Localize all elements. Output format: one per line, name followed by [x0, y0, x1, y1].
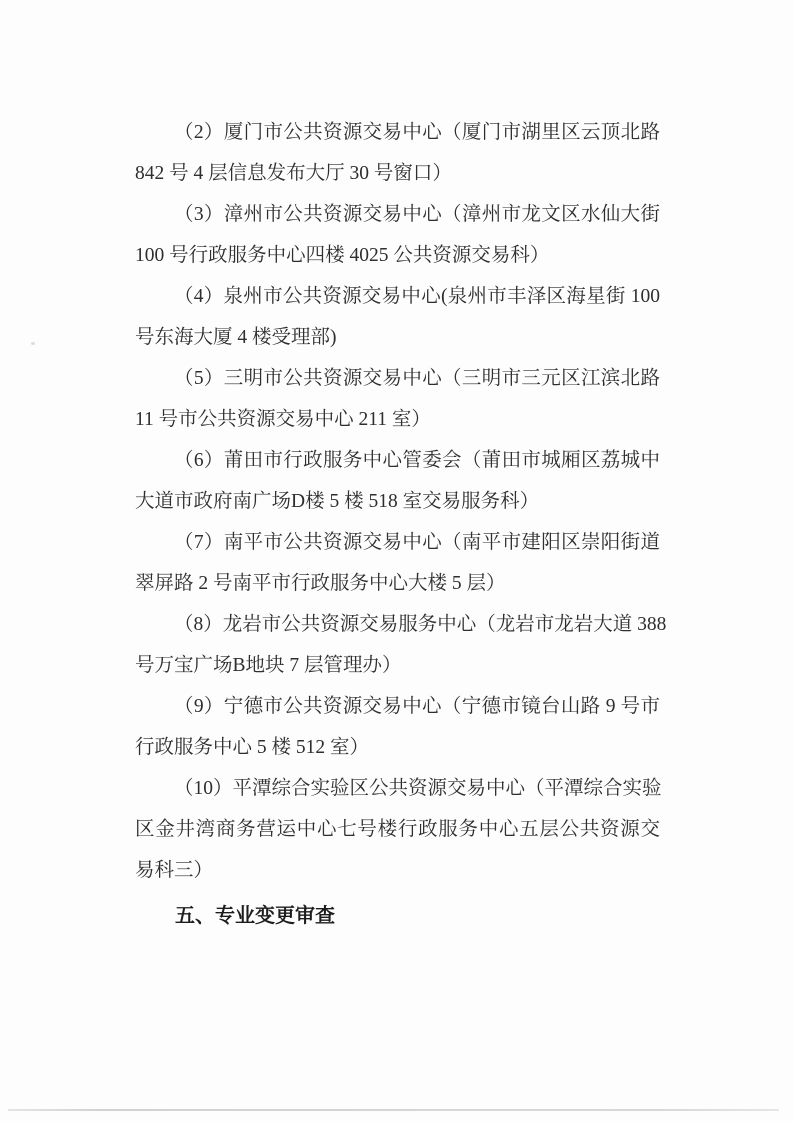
list-item-6: （6）莆田市行政服务中心管委会（莆田市城厢区荔城中 大道市政府南广场D楼 5 楼…: [135, 440, 660, 522]
list-item-7: （7）南平市公共资源交易中心（南平市建阳区崇阳街道 翠屏路 2 号南平市行政服务…: [135, 522, 660, 604]
paragraph-line: （9）宁德市公共资源交易中心（宁德市镜台山路 9 号市: [135, 686, 660, 727]
list-item-4: （4）泉州市公共资源交易中心(泉州市丰泽区海星街 100 号东海大厦 4 楼受理…: [135, 276, 660, 358]
paragraph-line: （3）漳州市公共资源交易中心（漳州市龙文区水仙大街: [135, 194, 660, 235]
list-item-9: （9）宁德市公共资源交易中心（宁德市镜台山路 9 号市 行政服务中心 5 楼 5…: [135, 686, 660, 768]
paragraph-line: （2）厦门市公共资源交易中心（厦门市湖里区云顶北路: [135, 112, 660, 153]
paragraph-line: 号万宝广场B地块 7 层管理办）: [135, 645, 660, 686]
paragraph-line: （4）泉州市公共资源交易中心(泉州市丰泽区海星街 100: [135, 276, 660, 317]
paragraph-line: 区金井湾商务营运中心七号楼行政服务中心五层公共资源交: [135, 809, 660, 850]
paragraph-line: 11 号市公共资源交易中心 211 室）: [135, 399, 660, 440]
document-body: （2）厦门市公共资源交易中心（厦门市湖里区云顶北路 842 号 4 层信息发布大…: [135, 112, 660, 937]
list-item-8: （8）龙岩市公共资源交易服务中心（龙岩市龙岩大道 388 号万宝广场B地块 7 …: [135, 604, 660, 686]
paragraph-line: （5）三明市公共资源交易中心（三明市三元区江滨北路: [135, 358, 660, 399]
paragraph-line: 行政服务中心 5 楼 512 室）: [135, 727, 660, 768]
paragraph-line: 大道市政府南广场D楼 5 楼 518 室交易服务科）: [135, 481, 660, 522]
paragraph-line: 100 号行政服务中心四楼 4025 公共资源交易科）: [135, 235, 660, 276]
section-heading: 五、专业变更审查: [135, 896, 660, 937]
scanned-document-page: （2）厦门市公共资源交易中心（厦门市湖里区云顶北路 842 号 4 层信息发布大…: [0, 0, 793, 1121]
list-item-10: （10）平潭综合实验区公共资源交易中心（平潭综合实验 区金井湾商务营运中心七号楼…: [135, 768, 660, 891]
paragraph-line: （6）莆田市行政服务中心管委会（莆田市城厢区荔城中: [135, 440, 660, 481]
list-item-5: （5）三明市公共资源交易中心（三明市三元区江滨北路 11 号市公共资源交易中心 …: [135, 358, 660, 440]
scan-speck: [31, 342, 35, 345]
paragraph-line: （7）南平市公共资源交易中心（南平市建阳区崇阳街道: [135, 522, 660, 563]
paragraph-line: 号东海大厦 4 楼受理部): [135, 317, 660, 358]
paragraph-line: 易科三）: [135, 850, 660, 891]
paragraph-line: （10）平潭综合实验区公共资源交易中心（平潭综合实验: [135, 768, 660, 809]
list-item-2: （2）厦门市公共资源交易中心（厦门市湖里区云顶北路 842 号 4 层信息发布大…: [135, 112, 660, 194]
page-bottom-edge-line: [8, 1109, 779, 1111]
paragraph-line: 翠屏路 2 号南平市行政服务中心大楼 5 层）: [135, 563, 660, 604]
paragraph-line: 842 号 4 层信息发布大厅 30 号窗口）: [135, 153, 660, 194]
paragraph-line: （8）龙岩市公共资源交易服务中心（龙岩市龙岩大道 388: [135, 604, 660, 645]
list-item-3: （3）漳州市公共资源交易中心（漳州市龙文区水仙大街 100 号行政服务中心四楼 …: [135, 194, 660, 276]
